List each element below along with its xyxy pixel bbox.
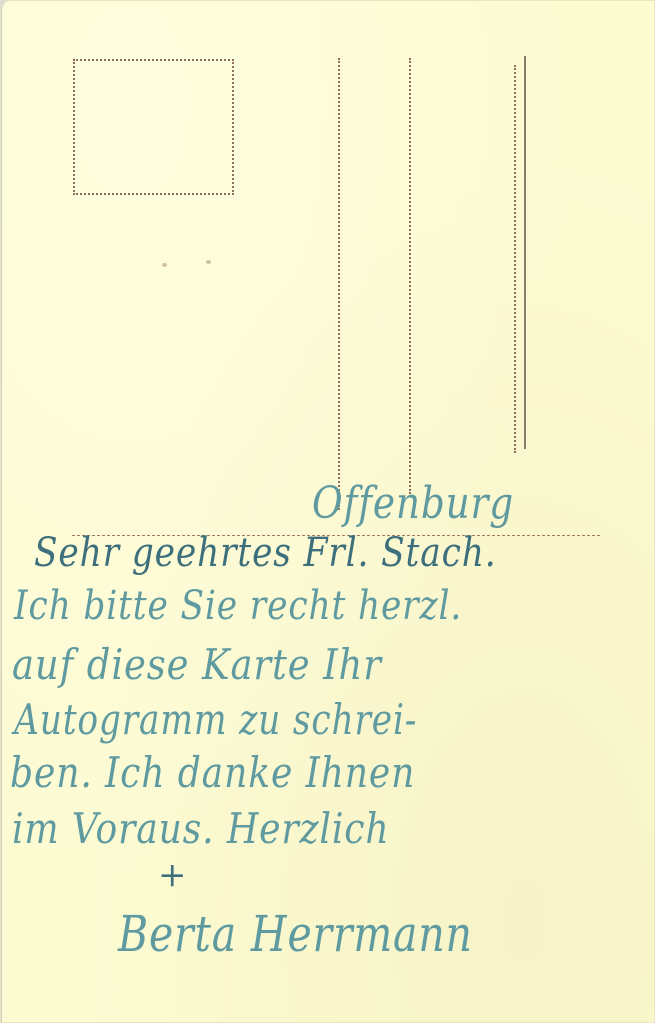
address-line-3 xyxy=(514,65,516,453)
divider-line xyxy=(524,56,526,449)
paper-speck xyxy=(162,263,167,267)
signature-mark: + xyxy=(158,855,188,895)
stamp-box xyxy=(73,59,234,195)
paper-speck xyxy=(206,260,211,264)
signature: Berta Herrmann xyxy=(118,905,473,963)
handwritten-line-2: Ich bitte Sie recht herzl. xyxy=(14,583,462,629)
address-line-2 xyxy=(409,58,411,494)
handwritten-line-3: auf diese Karte Ihr xyxy=(12,640,382,689)
address-line-1 xyxy=(338,58,340,510)
handwritten-line-6: im Voraus. Herzlich xyxy=(12,804,389,853)
postcard-back: Offenburg Sehr geehrtes Frl. Stach. Ich … xyxy=(0,0,655,1023)
handwritten-line-5: ben. Ich danke Ihnen xyxy=(10,748,415,797)
handwritten-line-4: Autogramm zu schrei- xyxy=(14,695,417,744)
handwritten-place: Offenburg xyxy=(312,478,514,529)
handwritten-line-1: Sehr geehrtes Frl. Stach. xyxy=(34,530,497,576)
